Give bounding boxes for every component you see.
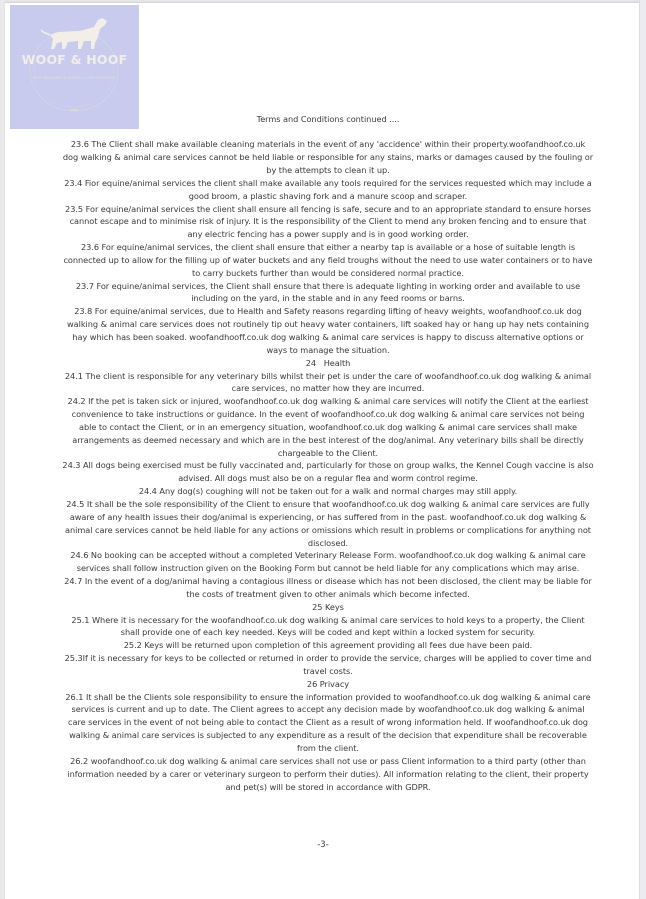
- clause-23-4: 23.4 Fior equine/animal services the cli…: [62, 177, 594, 203]
- clause-23-8: 23.8 For equine/animal services, due to …: [62, 305, 594, 356]
- section-25-keys: 25 Keys 25.1 Where it is necessary for t…: [62, 601, 594, 678]
- clause-24-2: 24.2 If the pet is taken sick or injured…: [62, 395, 594, 459]
- clause-23-6b: 23.6 For equine/animal services, the cli…: [62, 241, 594, 280]
- section-heading-health: 24 Health: [62, 357, 594, 370]
- document-heading: Terms and Conditions continued ....: [62, 113, 594, 126]
- viewer-scrollbar-edge[interactable]: [639, 0, 646, 899]
- clause-26-1: 26.1 It shall be the Clients sole respon…: [62, 691, 594, 755]
- clause-23-5: 23.5 For equine/animal services the clie…: [62, 203, 594, 242]
- clause-24-4: 24.4 Any dog(s) coughing will not be tak…: [62, 485, 594, 498]
- clause-24-6: 24.6 No booking can be accepted without …: [62, 549, 594, 575]
- logo-title: WOOF & HOOF: [10, 52, 139, 67]
- page-number: -3-: [0, 840, 646, 850]
- section-26-privacy: 26 Privacy 26.1 It shall be the Clients …: [62, 678, 594, 794]
- clause-24-3: 24.3 All dogs being exercised must be fu…: [62, 459, 594, 485]
- woof-and-hoof-logo: WOOF & HOOF DOG WALKING & ANIMAL CARE SE…: [10, 5, 139, 129]
- clause-23-6a: 23.6 The Client shall make available cle…: [62, 138, 594, 177]
- clause-24-7: 24.7 In the event of a dog/animal having…: [62, 575, 594, 601]
- clause-23-7: 23.7 For equine/animal services, the Cli…: [62, 280, 594, 306]
- section-heading-keys: 25 Keys: [62, 601, 594, 614]
- section-heading-privacy: 26 Privacy: [62, 678, 594, 691]
- clause-25-1: 25.1 Where it is necessary for the woofa…: [62, 614, 594, 640]
- section-23: 23.6 The Client shall make available cle…: [62, 138, 594, 356]
- dog-emblem-icon: [10, 5, 139, 129]
- clause-26-2: 26.2 woofandhoof.co.uk dog walking & ani…: [62, 755, 594, 794]
- section-24-health: 24 Health 24.1 The client is responsible…: [62, 357, 594, 601]
- clause-25-3: 25.3If it is necessary for keys to be co…: [62, 652, 594, 678]
- clause-25-2: 25.2 Keys will be returned upon completi…: [62, 639, 594, 652]
- logo-subtitle: DOG WALKING & ANIMAL CARE SERVICES: [10, 76, 139, 80]
- terms-document: Terms and Conditions continued .... 23.6…: [62, 113, 594, 793]
- clause-24-5: 24.5 It shall be the sole responsibility…: [62, 498, 594, 549]
- clause-24-1: 24.1 The client is responsible for any v…: [62, 370, 594, 396]
